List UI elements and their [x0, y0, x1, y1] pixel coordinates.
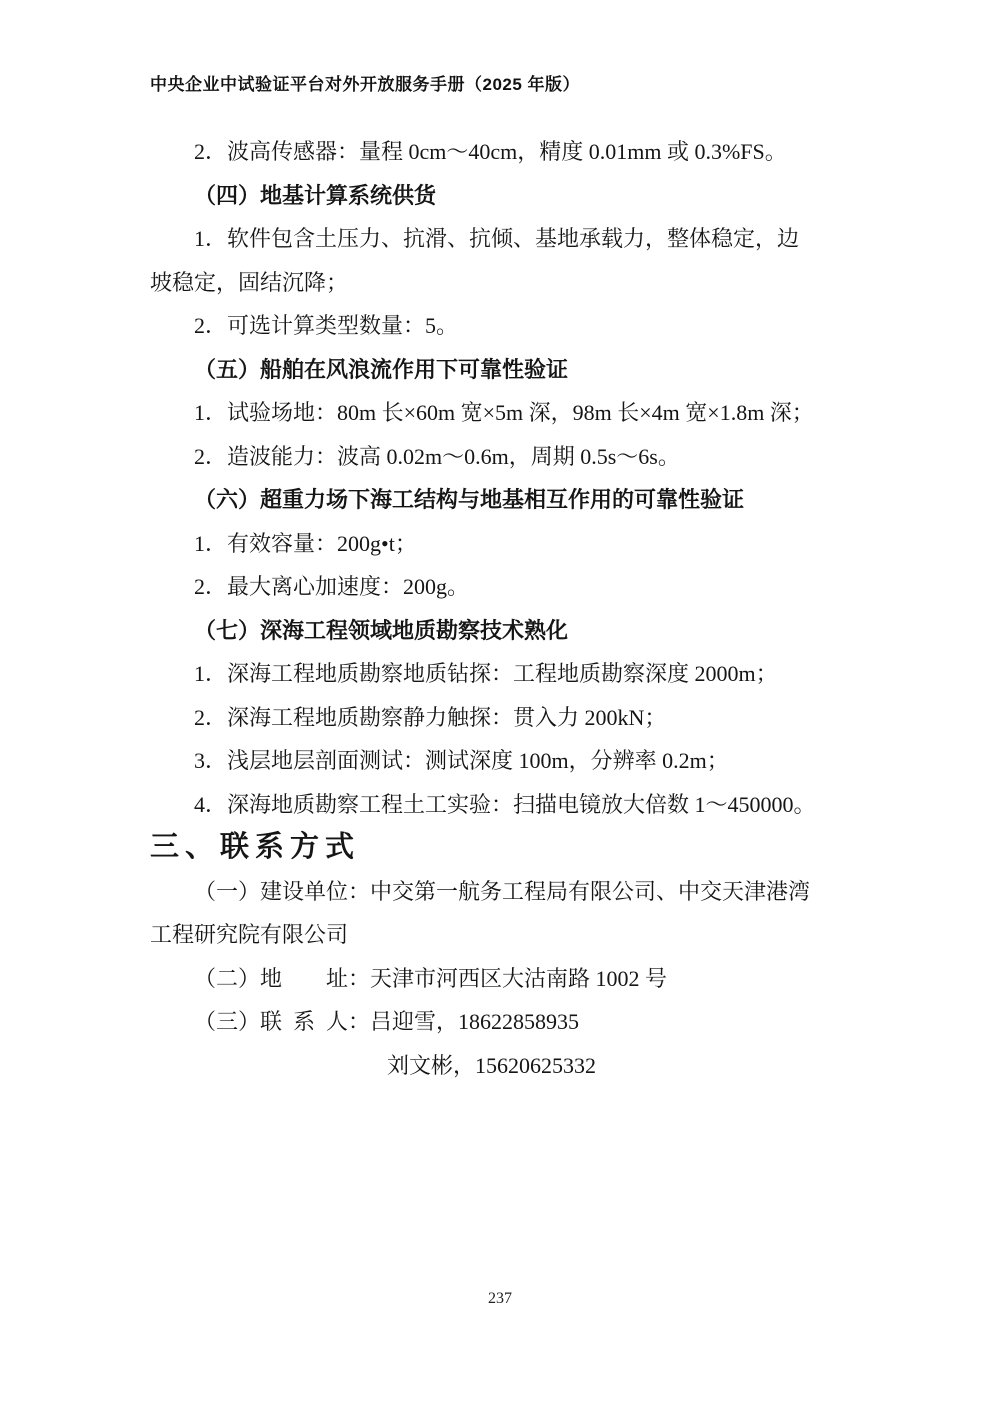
body-line-capacity: 1．有效容量：200g•t；: [150, 522, 862, 566]
body-line-software-wrap: 坡稳定，固结沉降；: [150, 261, 862, 305]
contact-line-person-2: 刘文彬，15620625332: [150, 1044, 862, 1088]
body-line-wave-sensor: 2．波高传感器：量程 0cm～40cm，精度 0.01mm 或 0.3%FS。: [150, 130, 862, 174]
document-page: 中央企业中试验证平台对外开放服务手册（2025 年版） 2．波高传感器：量程 0…: [0, 0, 1000, 1414]
contact-line-person-1: （三）联 系 人：吕迎雪，18622858935: [150, 1000, 862, 1044]
document-body: 2．波高传感器：量程 0cm～40cm，精度 0.01mm 或 0.3%FS。 …: [150, 130, 862, 1087]
page-header: 中央企业中试验证平台对外开放服务手册（2025 年版）: [150, 70, 580, 95]
subsection-heading-5: （五）船舶在风浪流作用下可靠性验证: [150, 348, 862, 392]
body-line-software: 1．软件包含土压力、抗滑、抗倾、基地承载力，整体稳定，边: [150, 217, 862, 261]
body-line-drilling: 1．深海工程地质勘察地质钻探：工程地质勘察深度 2000m；: [150, 652, 862, 696]
subsection-heading-4: （四）地基计算系统供货: [150, 174, 862, 218]
contact-line-org: （一）建设单位：中交第一航务工程局有限公司、中交天津港湾: [150, 870, 862, 914]
body-line-profile-test: 3．浅层地层剖面测试：测试深度 100m，分辨率 0.2m；: [150, 739, 862, 783]
body-line-sem: 4．深海地质勘察工程土工实验：扫描电镜放大倍数 1～450000。: [150, 783, 862, 827]
page-number: 237: [0, 1290, 1000, 1308]
contact-line-address: （二）地 址：天津市河西区大沽南路 1002 号: [150, 957, 862, 1001]
subsection-heading-6: （六）超重力场下海工结构与地基相互作用的可靠性验证: [150, 478, 862, 522]
body-line-calc-types: 2．可选计算类型数量：5。: [150, 304, 862, 348]
contact-line-org-wrap: 工程研究院有限公司: [150, 913, 862, 957]
body-line-test-site: 1．试验场地：80m 长×60m 宽×5m 深，98m 长×4m 宽×1.8m …: [150, 391, 862, 435]
section-heading-contact: 三、联系方式: [150, 826, 862, 870]
subsection-heading-7: （七）深海工程领域地质勘察技术熟化: [150, 609, 862, 653]
body-line-acceleration: 2．最大离心加速度：200g。: [150, 565, 862, 609]
body-line-cpt: 2．深海工程地质勘察静力触探：贯入力 200kN；: [150, 696, 862, 740]
body-line-wave-capability: 2．造波能力：波高 0.02m～0.6m，周期 0.5s～6s。: [150, 435, 862, 479]
